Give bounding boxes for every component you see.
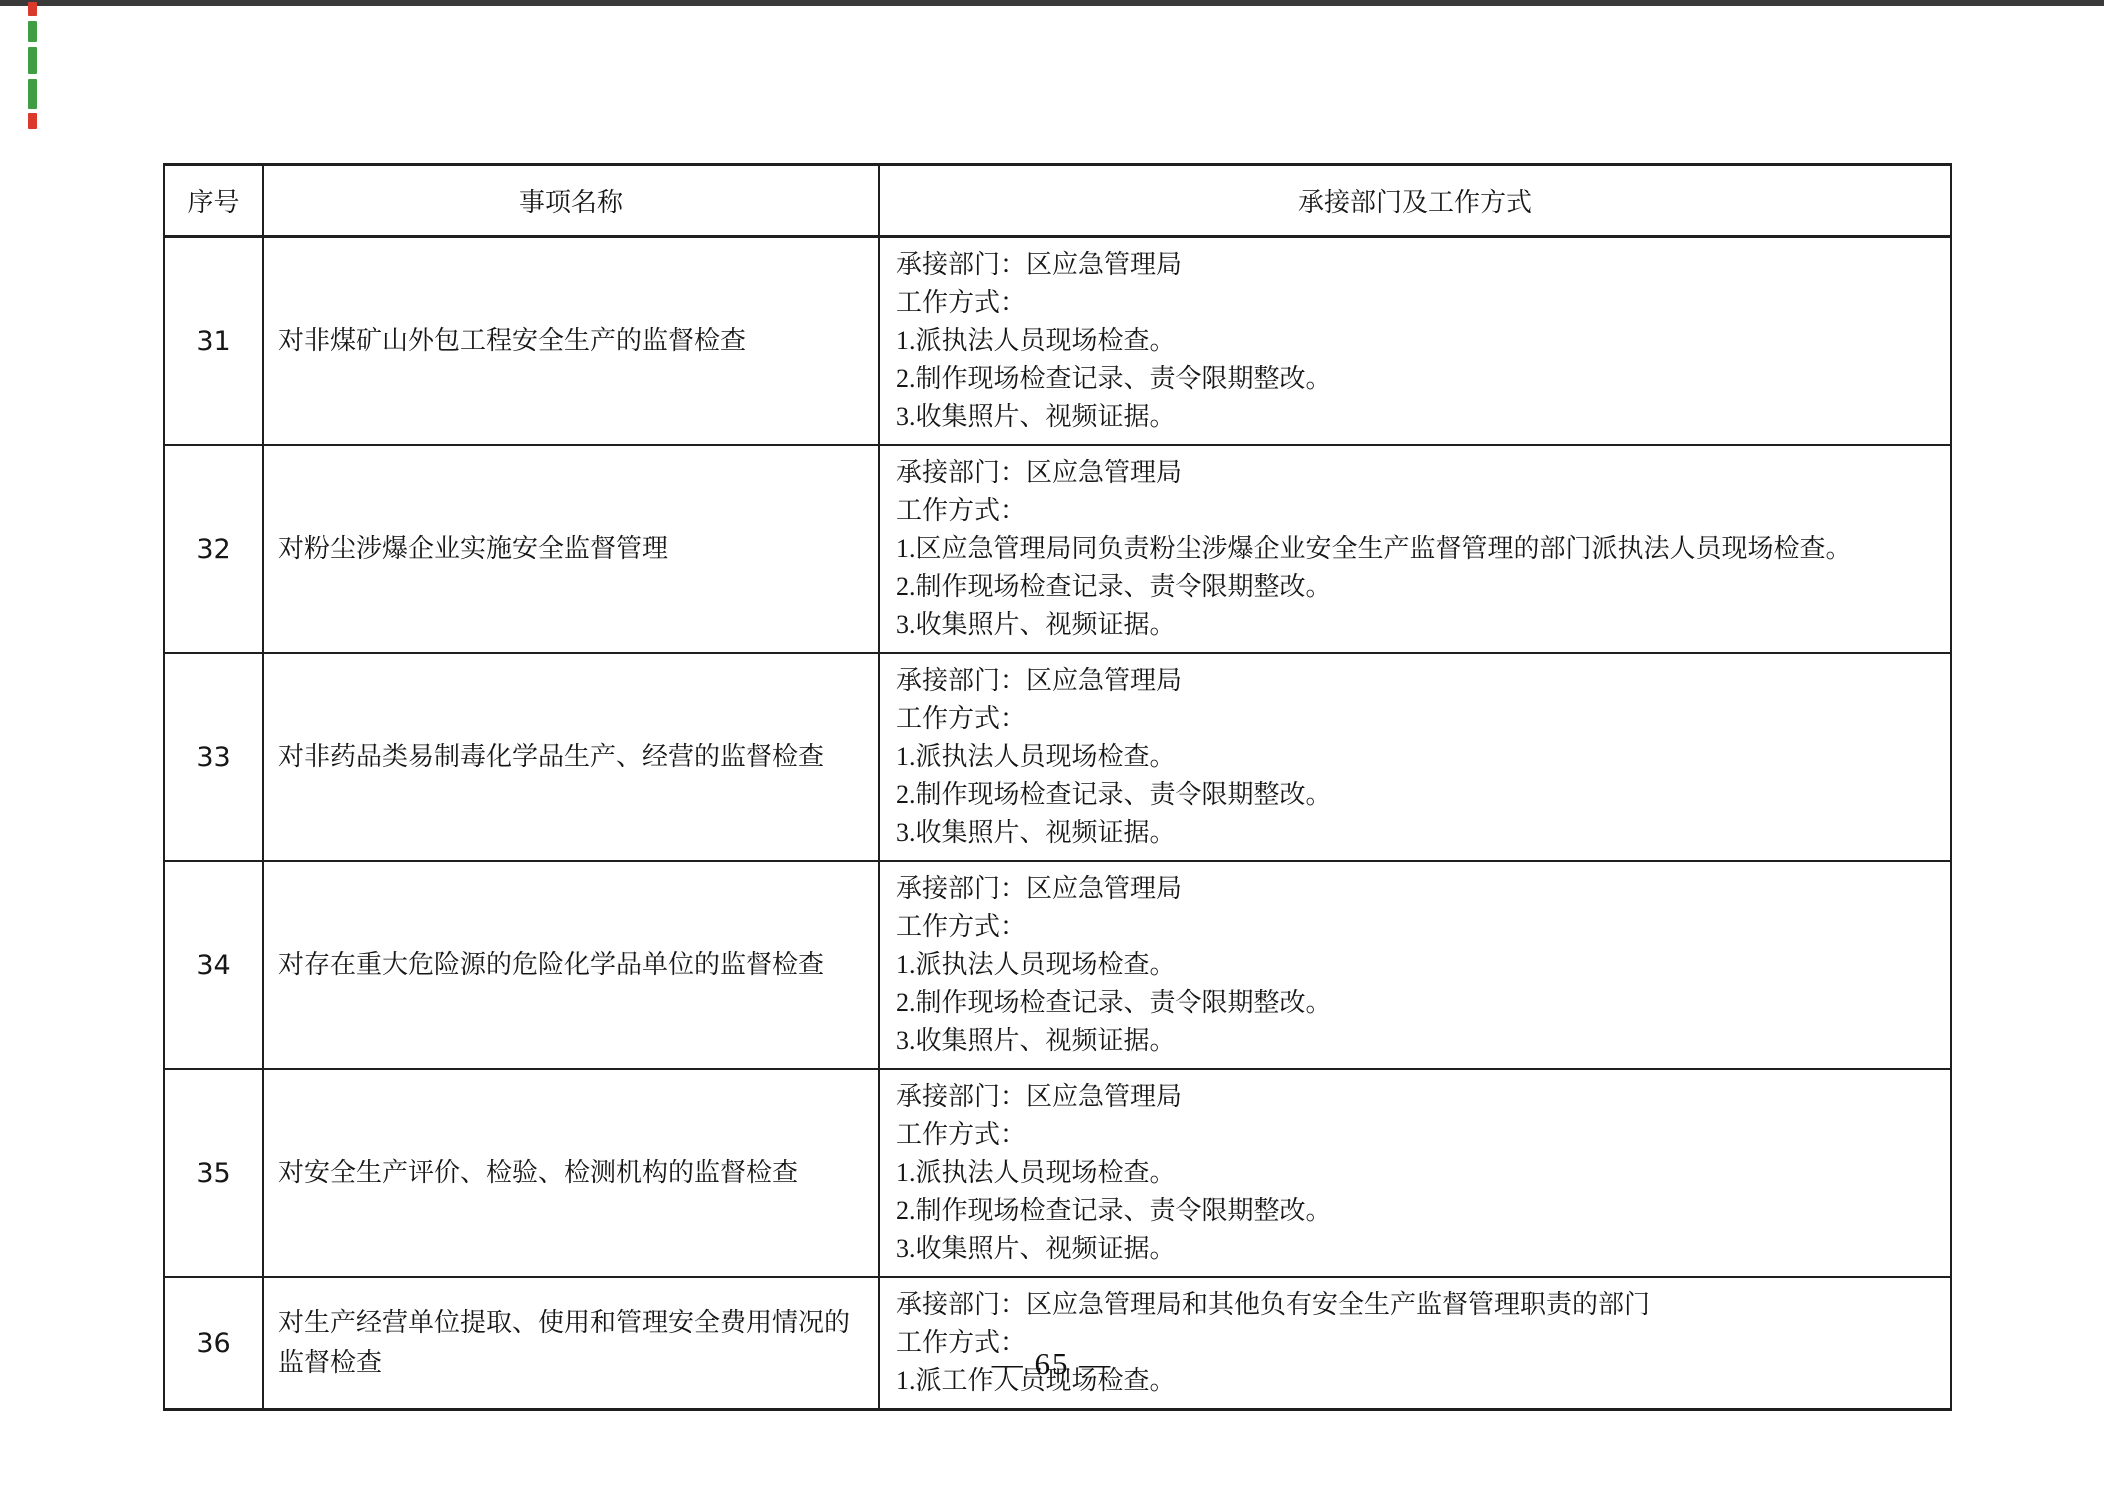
table-header-row: 序号 事项名称 承接部门及工作方式 (164, 165, 1951, 237)
row-serial-number: 33 (164, 653, 263, 861)
work-method-line: 承接部门：区应急管理局和其他负有安全生产监督管理职责的部门 (896, 1286, 1934, 1324)
row-serial-number: 32 (164, 445, 263, 653)
work-method-line: 工作方式： (896, 284, 1934, 322)
work-method-line: 承接部门：区应急管理局 (896, 870, 1934, 908)
row-serial-number: 31 (164, 237, 263, 446)
work-method-line: 3.收集照片、视频证据。 (896, 398, 1934, 436)
work-method-line: 2.制作现场检查记录、责令限期整改。 (896, 776, 1934, 814)
table-row: 34 对存在重大危险源的危险化学品单位的监督检查 承接部门：区应急管理局工作方式… (164, 861, 1951, 1069)
row-serial-number: 35 (164, 1069, 263, 1277)
work-method-line: 2.制作现场检查记录、责令限期整改。 (896, 360, 1934, 398)
work-method-line: 2.制作现场检查记录、责令限期整改。 (896, 1192, 1934, 1230)
work-method-line: 3.收集照片、视频证据。 (896, 814, 1934, 852)
document-page: 序号 事项名称 承接部门及工作方式 31 对非煤矿山外包工程安全生产的监督检查 … (0, 0, 2104, 1488)
row-department-method: 承接部门：区应急管理局工作方式：1.派执法人员现场检查。2.制作现场检查记录、责… (879, 237, 1951, 446)
inspection-items-table: 序号 事项名称 承接部门及工作方式 31 对非煤矿山外包工程安全生产的监督检查 … (163, 163, 1952, 1411)
row-department-method: 承接部门：区应急管理局工作方式：1.派执法人员现场检查。2.制作现场检查记录、责… (879, 653, 1951, 861)
row-item-name: 对安全生产评价、检验、检测机构的监督检查 (263, 1069, 879, 1277)
work-method-line: 1.派执法人员现场检查。 (896, 738, 1934, 776)
work-method-line: 1.派执法人员现场检查。 (896, 322, 1934, 360)
header-serial-number: 序号 (164, 165, 263, 237)
edge-marker (28, 113, 37, 129)
work-method-line: 承接部门：区应急管理局 (896, 454, 1934, 492)
row-item-name: 对粉尘涉爆企业实施安全监督管理 (263, 445, 879, 653)
table-row: 36 对生产经营单位提取、使用和管理安全费用情况的监督检查 承接部门：区应急管理… (164, 1277, 1951, 1410)
edge-marker (28, 47, 37, 74)
row-item-name: 对非煤矿山外包工程安全生产的监督检查 (263, 237, 879, 446)
work-method-line: 2.制作现场检查记录、责令限期整改。 (896, 984, 1934, 1022)
header-department-method: 承接部门及工作方式 (879, 165, 1951, 237)
work-method-line: 1.派执法人员现场检查。 (896, 946, 1934, 984)
edge-marker (28, 79, 37, 109)
work-method-line: 承接部门：区应急管理局 (896, 1078, 1934, 1116)
row-item-name: 对存在重大危险源的危险化学品单位的监督检查 (263, 861, 879, 1069)
table-row: 35 对安全生产评价、检验、检测机构的监督检查 承接部门：区应急管理局工作方式：… (164, 1069, 1951, 1277)
work-method-line: 1.区应急管理局同负责粉尘涉爆企业安全生产监督管理的部门派执法人员现场检查。 (896, 530, 1934, 568)
work-method-line: 工作方式： (896, 700, 1934, 738)
work-method-line: 1.派执法人员现场检查。 (896, 1154, 1934, 1192)
page-number: — 65 — (0, 1346, 2104, 1382)
work-method-line: 工作方式： (896, 1116, 1934, 1154)
work-method-line: 工作方式： (896, 908, 1934, 946)
row-department-method: 承接部门：区应急管理局和其他负有安全生产监督管理职责的部门工作方式：1.派工作人… (879, 1277, 1951, 1410)
top-edge-bar (0, 0, 2104, 6)
row-department-method: 承接部门：区应急管理局工作方式：1.区应急管理局同负责粉尘涉爆企业安全生产监督管… (879, 445, 1951, 653)
edge-marker (28, 2, 37, 16)
row-department-method: 承接部门：区应急管理局工作方式：1.派执法人员现场检查。2.制作现场检查记录、责… (879, 1069, 1951, 1277)
table-row: 33 对非药品类易制毒化学品生产、经营的监督检查 承接部门：区应急管理局工作方式… (164, 653, 1951, 861)
work-method-line: 2.制作现场检查记录、责令限期整改。 (896, 568, 1934, 606)
row-item-name: 对非药品类易制毒化学品生产、经营的监督检查 (263, 653, 879, 861)
row-item-name: 对生产经营单位提取、使用和管理安全费用情况的监督检查 (263, 1277, 879, 1410)
work-method-line: 3.收集照片、视频证据。 (896, 1022, 1934, 1060)
table-row: 31 对非煤矿山外包工程安全生产的监督检查 承接部门：区应急管理局工作方式：1.… (164, 237, 1951, 446)
row-serial-number: 36 (164, 1277, 263, 1410)
work-method-line: 3.收集照片、视频证据。 (896, 606, 1934, 644)
row-department-method: 承接部门：区应急管理局工作方式：1.派执法人员现场检查。2.制作现场检查记录、责… (879, 861, 1951, 1069)
work-method-line: 3.收集照片、视频证据。 (896, 1230, 1934, 1268)
header-item-name: 事项名称 (263, 165, 879, 237)
work-method-line: 承接部门：区应急管理局 (896, 662, 1934, 700)
work-method-line: 工作方式： (896, 492, 1934, 530)
edge-marker (28, 21, 37, 42)
table-row: 32 对粉尘涉爆企业实施安全监督管理 承接部门：区应急管理局工作方式：1.区应急… (164, 445, 1951, 653)
work-method-line: 承接部门：区应急管理局 (896, 246, 1934, 284)
row-serial-number: 34 (164, 861, 263, 1069)
